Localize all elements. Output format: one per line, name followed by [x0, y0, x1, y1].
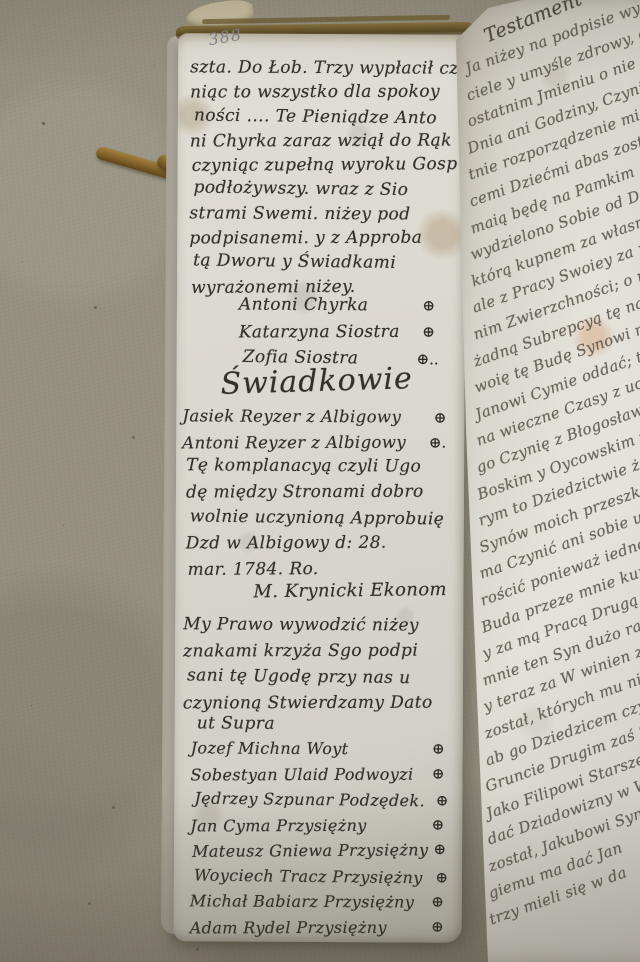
signature-name: Jędrzey Szpunar Podzędek.: [194, 785, 425, 813]
handwritten-line: Dzd w Albigowy d: 28.: [186, 531, 456, 558]
signature-row: Jan Cyma Przysiężny⊕: [190, 812, 444, 838]
signature-name: Antoni Chyrka: [239, 292, 369, 319]
signature-name: Mateusz Gniewa Przysiężny: [192, 837, 428, 864]
handwritten-line: wolnie uczynioną Approbuię: [190, 504, 460, 533]
handwritten-line: My Prawo wywodzić niżey: [183, 611, 453, 638]
signature-name: Sobestyan Ulaid Podwoyzi: [190, 761, 413, 787]
signature-name: Jasiek Reyzer z Albigowy: [182, 403, 401, 430]
handwritten-line: niąc to wszystko dla spokoy: [190, 80, 456, 105]
handwritten-line: podpisanemi. y z Approba: [189, 226, 455, 251]
signature-cross-mark: ⊕: [435, 865, 448, 891]
handwritten-line: ni Chyrka zaraz wziął do Rąk: [190, 128, 456, 153]
handwritten-line: sani tę Ugodę przy nas u: [187, 662, 457, 691]
settlement-paragraph: szta. Do Łob. Trzy wypłacił czyniąc to w…: [189, 55, 456, 299]
handwritten-line: szta. Do Łob. Trzy wypłacił czy: [190, 55, 456, 81]
handwritten-line: tą Dworu y Świadkami: [193, 249, 459, 277]
photo-of-manuscript: { "colors":{ "table_surface":"#95907f", …: [0, 0, 640, 962]
signature-row: Jasiek Reyzer z Albigowy⊕: [182, 403, 446, 430]
handwritten-line: dę między Stronami dobro: [186, 479, 456, 506]
handwritten-line: strami Swemi. niżey pod: [189, 201, 455, 227]
signature-cross-mark: ⊕.: [429, 430, 446, 456]
ut-supra-note: ut Supra: [197, 713, 275, 733]
signature-cross-mark: ⊕: [432, 812, 445, 838]
signature-cross-mark: ⊕: [432, 737, 445, 763]
signature-name: Woyciech Tracz Przysiężny: [194, 862, 423, 890]
signature-cross-mark: ⊕: [432, 761, 445, 787]
signature-name: Michał Babiarz Przysiężny: [190, 888, 415, 915]
signature-cross-mark: ⊕: [431, 890, 444, 916]
handwritten-line: czyniąc zupełną wyroku Gosp: [192, 152, 458, 178]
handwritten-line: ności .... Te Pieniądze Anto: [194, 103, 460, 131]
signature-name: Katarzyna Siostra: [239, 318, 400, 345]
signature-cross-mark: ⊕: [422, 318, 435, 345]
handwritten-line: znakami krzyża Sgo podpi: [183, 638, 453, 665]
official-signature: M. Krynicki Ekonom: [253, 579, 447, 602]
handwritten-line: podłożywszy. wraz z Sio: [193, 176, 459, 204]
official-signatures: Jozef Michna Woyt⊕Sobestyan Ulaid Podwoy…: [190, 735, 445, 940]
signature-cross-mark: ⊕: [436, 788, 449, 814]
signature-row: Woyciech Tracz Przysiężny⊕: [194, 862, 448, 891]
signature-name: Jan Cyma Przysiężny: [190, 812, 367, 838]
left-manuscript-page: 388 szta. Do Łob. Trzy wypłacił czyniąc …: [174, 33, 467, 942]
witness-signatures: Jasiek Reyzer z Albigowy⊕Antoni Reyzer z…: [182, 403, 446, 456]
signature-cross-mark: ⊕..: [416, 346, 438, 373]
attestation-paragraph: My Prawo wywodzić niżeyznakami krzyża Sg…: [183, 611, 454, 716]
approbation-paragraph: Tę komplanacyą czyli Ugodę między Strona…: [186, 453, 457, 583]
page-number: 388: [207, 25, 243, 49]
signature-cross-mark: ⊕: [434, 405, 447, 431]
witnesses-heading: Świadkowie: [220, 361, 413, 402]
party-signatures: Antoni Chyrka⊕Katarzyna Siostra⊕Zofia Si…: [239, 292, 435, 373]
signature-row: Jozef Michna Woyt⊕: [191, 735, 445, 762]
signature-row: Adam Rydel Przysiężny⊕: [190, 914, 444, 940]
handwritten-line: Tę komplanacyą czyli Ugo: [186, 453, 456, 480]
signature-name: Adam Rydel Przysiężny: [190, 914, 387, 940]
signature-row: Sobestyan Ulaid Podwoyzi⊕: [190, 761, 444, 787]
signature-name: Antoni Reyzer z Albigowy: [182, 430, 406, 457]
signature-row: Katarzyna Siostra⊕: [239, 318, 435, 345]
table-speckles: [0, 0, 3, 3]
signature-row: Michał Babiarz Przysiężny⊕: [190, 888, 444, 915]
signature-cross-mark: ⊕: [422, 293, 435, 320]
signature-row: Jędrzey Szpunar Podzędek.⊕: [194, 785, 448, 814]
handwritten-line: czynioną Stwierdzamy Dato: [183, 690, 453, 717]
signature-name: Jozef Michna Woyt: [191, 735, 349, 761]
signature-cross-mark: ⊕: [431, 914, 444, 940]
signature-row: Mateusz Gniewa Przysiężny⊕: [192, 837, 446, 864]
signature-row: Antoni Reyzer z Albigowy⊕.: [182, 430, 446, 457]
signature-row: Antoni Chyrka⊕: [239, 292, 435, 320]
signature-cross-mark: ⊕: [433, 837, 446, 863]
